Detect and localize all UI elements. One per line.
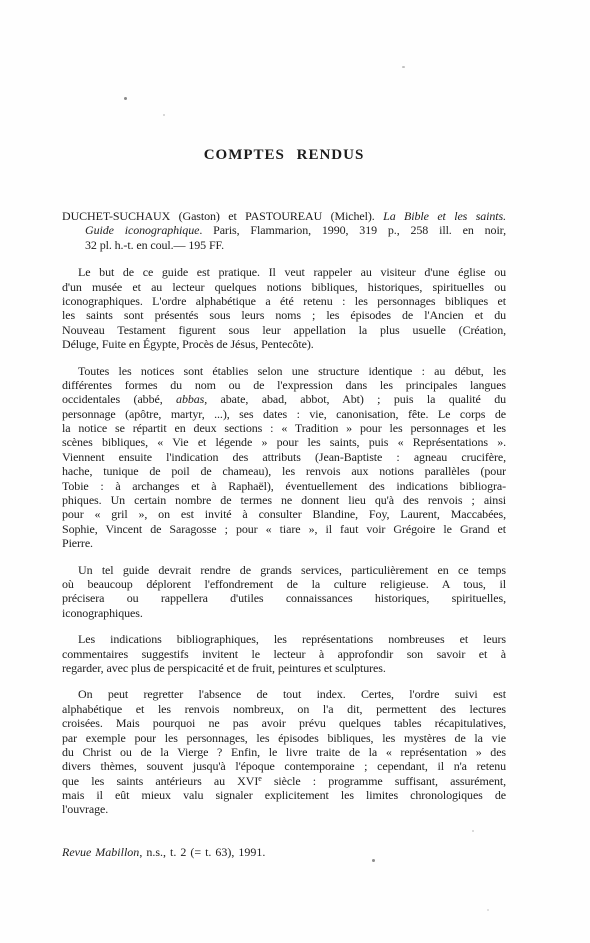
text-run: du Christ ou de la Vierge ? Enfin, le li… xyxy=(62,745,506,759)
text-run: iconographiques. xyxy=(62,606,143,620)
text-line: précisera ou rappellera d'utiles connais… xyxy=(62,591,506,605)
text-run: Les indications bibliographiques, les re… xyxy=(78,632,506,646)
text-line: pour « gril », on est invité à consulter… xyxy=(62,507,506,521)
text-run: On peut regretter l'absence de tout inde… xyxy=(78,687,506,701)
text-line: la notice se répartit en deux sections :… xyxy=(62,421,506,435)
text-run: hache, tunique de poil de chameau), les … xyxy=(62,464,506,478)
text-run: 32 pl. h.-t. en coul.— 195 FF. xyxy=(85,238,224,252)
text-line: différentes formes du nom ou de l'expres… xyxy=(62,378,506,392)
review-paragraph: Le but de ce guide est pratique. Il veut… xyxy=(62,265,506,351)
text-line: Tobie : à archanges et à Raphaël), évent… xyxy=(62,479,506,493)
text-run: . Paris, Flammarion, 1990, 319 p., 258 i… xyxy=(199,223,506,237)
text-run: précisera ou rappellera d'utiles connais… xyxy=(62,591,506,605)
text-run: regarder, avec plus de perspicacité et d… xyxy=(62,661,386,675)
text-line: par exemple pour les personnages, les ép… xyxy=(62,731,506,745)
text-line: phiques. Un certain nombre de termes ne … xyxy=(62,493,506,507)
text-run: d'un musée et au lecteur quelques notion… xyxy=(62,280,506,294)
scan-speck xyxy=(163,114,165,116)
text-line: Déluge, Fuite en Égypte, Procès de Jésus… xyxy=(62,337,506,351)
text-line: divers thèmes, souvent jusqu'à l'époque … xyxy=(62,759,506,773)
text-line: mais il eût mieux valu signaler explicit… xyxy=(62,788,506,802)
text-run: pour « gril », on est invité à consulter… xyxy=(62,507,506,521)
text-run: Viennent ensuite l'indication des attrib… xyxy=(62,450,506,464)
review-body: Le but de ce guide est pratique. Il veut… xyxy=(62,265,506,817)
text-line: Sophie, Vincent de Saragosse ; pour « ti… xyxy=(62,522,506,536)
text-run: commentaires suggestifs invitent le lect… xyxy=(62,647,506,661)
review-paragraph: Les indications bibliographiques, les re… xyxy=(62,632,506,675)
italic-text: Guide iconographique xyxy=(85,223,199,237)
text-line: alphabétique et les renvois nombreux, on… xyxy=(62,702,506,716)
text-run: où beaucoup déplorent l'effondrement de … xyxy=(62,577,506,591)
italic-text: La Bible et les saints. xyxy=(383,209,506,223)
text-line: personnage (apôtre, martyr, ...), ses da… xyxy=(62,407,506,421)
text-run: croisées. Mais pourquoi ne pas avoir pré… xyxy=(62,716,506,730)
text-run: , n.s., t. 2 (= t. 63), 1991. xyxy=(139,845,265,859)
text-line: que les saints antérieurs au XVIe siècle… xyxy=(62,774,506,788)
text-column: COMPTES RENDUS DUCHET-SUCHAUX (Gaston) e… xyxy=(62,146,506,829)
text-line: scènes bibliques, « Vie et légende » pou… xyxy=(62,435,506,449)
scan-speck xyxy=(402,66,405,68)
text-run: par exemple pour les personnages, les ép… xyxy=(62,731,506,745)
text-line: l'ouvrage. xyxy=(62,802,506,816)
scan-speck xyxy=(372,859,375,862)
review-paragraph: On peut regretter l'absence de tout inde… xyxy=(62,687,506,817)
review-paragraph: Toutes les notices sont établies selon u… xyxy=(62,364,506,551)
text-run: scènes bibliques, « Vie et légende » pou… xyxy=(62,435,506,449)
text-run: mais il eût mieux valu signaler explicit… xyxy=(62,788,506,802)
text-run: l'ouvrage. xyxy=(62,802,108,816)
text-run: Le but de ce guide est pratique. Il veut… xyxy=(78,265,506,279)
text-run: , abate, abad, abbot, Abt) ; puis la qua… xyxy=(204,392,506,406)
text-run: personnage (apôtre, martyr, ...), ses da… xyxy=(62,407,506,421)
text-run: différentes formes du nom ou de l'expres… xyxy=(62,378,506,392)
text-run: Toutes les notices sont établies selon u… xyxy=(78,364,506,378)
text-line: d'un musée et au lecteur quelques notion… xyxy=(62,280,506,294)
section-heading: COMPTES RENDUS xyxy=(62,146,506,164)
text-run: Pierre. xyxy=(62,536,93,550)
book-citation: DUCHET-SUCHAUX (Gaston) et PASTOUREAU (M… xyxy=(62,209,506,252)
scan-speck xyxy=(487,909,489,911)
text-line: les saints sont présentés sous leurs nom… xyxy=(62,308,506,322)
text-line: où beaucoup déplorent l'effondrement de … xyxy=(62,577,506,591)
scan-speck xyxy=(472,830,474,832)
text-run: DUCHET-SUCHAUX (Gaston) et PASTOUREAU (M… xyxy=(62,209,383,223)
text-run: phiques. Un certain nombre de termes ne … xyxy=(62,493,506,507)
text-run: la notice se répartit en deux sections :… xyxy=(62,421,506,435)
text-run: occidentales (abbé, xyxy=(62,392,176,406)
text-line: du Christ ou de la Vierge ? Enfin, le li… xyxy=(62,745,506,759)
text-line: Un tel guide devrait rendre de grands se… xyxy=(62,563,506,577)
text-line: hache, tunique de poil de chameau), les … xyxy=(62,464,506,478)
text-line: iconographiques. xyxy=(62,606,506,620)
text-run: Un tel guide devrait rendre de grands se… xyxy=(78,563,506,577)
text-line: Guide iconographique. Paris, Flammarion,… xyxy=(62,223,506,237)
text-run: Sophie, Vincent de Saragosse ; pour « ti… xyxy=(62,522,506,536)
text-line: Nouveau Testament figurent sous leur app… xyxy=(62,323,506,337)
scan-speck xyxy=(124,97,127,100)
text-line: Les indications bibliographiques, les re… xyxy=(62,632,506,646)
text-line: 32 pl. h.-t. en coul.— 195 FF. xyxy=(62,238,506,252)
text-run: Tobie : à archanges et à Raphaël), évent… xyxy=(62,479,506,493)
text-line: Toutes les notices sont établies selon u… xyxy=(62,364,506,378)
text-run: Nouveau Testament figurent sous leur app… xyxy=(62,323,506,337)
text-run: Déluge, Fuite en Égypte, Procès de Jésus… xyxy=(62,337,314,351)
text-run: alphabétique et les renvois nombreux, on… xyxy=(62,702,506,716)
text-line: iconographiques. L'ordre alphabétique a … xyxy=(62,294,506,308)
text-line: occidentales (abbé, abbas, abate, abad, … xyxy=(62,392,506,406)
text-line: commentaires suggestifs invitent le lect… xyxy=(62,647,506,661)
text-line: Revue Mabillon, n.s., t. 2 (= t. 63), 19… xyxy=(62,845,506,859)
text-run: iconographiques. L'ordre alphabétique a … xyxy=(62,294,506,308)
text-run: divers thèmes, souvent jusqu'à l'époque … xyxy=(62,759,506,773)
text-run: que les saints antérieurs au XVI xyxy=(62,774,258,788)
text-line: croisées. Mais pourquoi ne pas avoir pré… xyxy=(62,716,506,730)
text-line: regarder, avec plus de perspicacité et d… xyxy=(62,661,506,675)
text-line: Viennent ensuite l'indication des attrib… xyxy=(62,450,506,464)
text-run: les saints sont présentés sous leurs nom… xyxy=(62,308,506,322)
journal-footer: Revue Mabillon, n.s., t. 2 (= t. 63), 19… xyxy=(62,845,506,859)
text-line: Pierre. xyxy=(62,536,506,550)
text-line: Le but de ce guide est pratique. Il veut… xyxy=(62,265,506,279)
text-run: siècle : programme suffisant, assurément… xyxy=(262,774,506,788)
text-line: DUCHET-SUCHAUX (Gaston) et PASTOUREAU (M… xyxy=(62,209,506,223)
italic-text: abbas xyxy=(176,392,204,406)
review-paragraph: Un tel guide devrait rendre de grands se… xyxy=(62,563,506,621)
italic-text: Revue Mabillon xyxy=(62,845,139,859)
journal-page: COMPTES RENDUS DUCHET-SUCHAUX (Gaston) e… xyxy=(0,0,590,943)
text-line: On peut regretter l'absence de tout inde… xyxy=(62,687,506,701)
